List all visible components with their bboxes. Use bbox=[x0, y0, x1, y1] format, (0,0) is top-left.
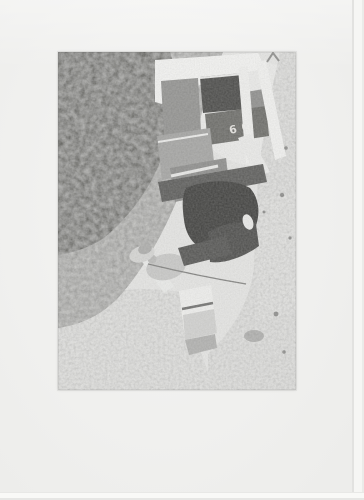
page-margin-right bbox=[354, 0, 364, 500]
photo-grain-light bbox=[58, 52, 296, 390]
photograph: 60 bbox=[58, 52, 296, 390]
page-edge-bottom bbox=[0, 492, 364, 500]
scanned-page: 60 bbox=[0, 0, 364, 500]
photo-illustration: 60 bbox=[58, 52, 296, 390]
